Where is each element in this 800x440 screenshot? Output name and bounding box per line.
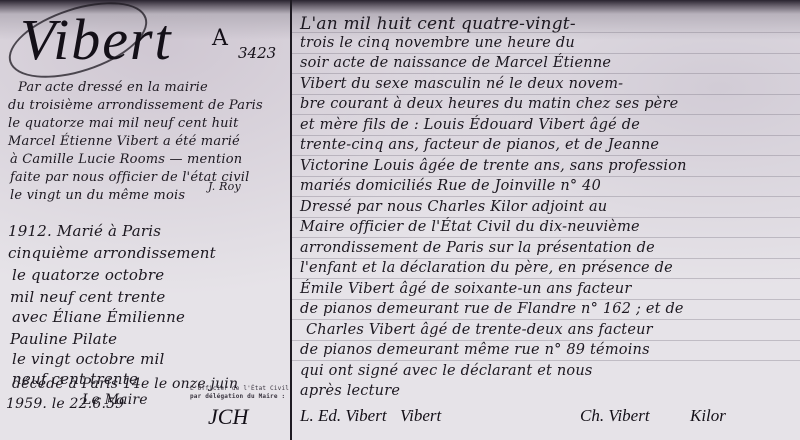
body-line: et mère fils de : Louis Édouard Vibert â… xyxy=(300,117,640,133)
margin-divider xyxy=(290,0,292,440)
ruled-line xyxy=(292,53,800,54)
ruled-line xyxy=(292,155,800,156)
marriage-note-2-line: cinquième arrondissement xyxy=(8,244,216,262)
body-line: l'enfant et la déclaration du père, en p… xyxy=(300,260,673,276)
body-line: Dressé par nous Charles Kilor adjoint au xyxy=(300,199,607,215)
body-line: de pianos demeurant rue de Flandre n° 16… xyxy=(300,301,684,317)
ruled-line xyxy=(292,73,800,74)
signature: L. Ed. Vibert xyxy=(300,406,387,426)
ruled-line xyxy=(292,340,800,341)
ruled-line xyxy=(292,299,800,300)
body-line: après lecture xyxy=(300,383,400,399)
body-line: bre courant à deux heures du matin chez … xyxy=(300,96,678,112)
register-page: Vibert A 3423 Par acte dressé en la mair… xyxy=(0,0,800,440)
body-line: Maire officier de l'État Civil du dix-ne… xyxy=(300,219,640,235)
body-line: Charles Vibert âgé de trente-deux ans fa… xyxy=(306,322,653,338)
ruled-line xyxy=(292,217,800,218)
stamp-line-1: L'Officier de l'État Civil xyxy=(190,385,289,392)
ruled-line xyxy=(292,196,800,197)
ruled-line xyxy=(292,114,800,115)
surname-heading: Vibert xyxy=(20,6,173,73)
ruled-line xyxy=(292,176,800,177)
marriage-note-2-line: le quatorze octobre xyxy=(12,266,164,284)
body-line: L'an mil huit cent quatre-vingt- xyxy=(300,14,576,34)
body-line: trente-cinq ans, facteur de pianos, et d… xyxy=(300,137,659,153)
stamp-line-2: par délégation du Maire : xyxy=(190,393,285,400)
body-line: Émile Vibert âgé de soixante-un ans fact… xyxy=(300,281,631,297)
ruled-line xyxy=(292,278,800,279)
body-line: Victorine Louis âgée de trente ans, sans… xyxy=(300,158,687,174)
marriage-note-1-line: du troisième arrondissement de Paris xyxy=(8,98,263,113)
body-line: soir acte de naissance de Marcel Étienne xyxy=(300,55,611,71)
ruled-line xyxy=(292,360,800,361)
marriage-note-2-line: 1912. Marié à Paris xyxy=(8,222,161,240)
marriage-note-2-line: Pauline Pilate xyxy=(10,330,117,348)
ruled-line xyxy=(292,94,800,95)
body-line: Vibert du sexe masculin né le deux novem… xyxy=(300,76,623,92)
marriage-note-1-line: Marcel Étienne Vibert a été marié xyxy=(8,134,240,149)
marriage-note-1-initials: J. Roy xyxy=(208,180,241,193)
body-line: mariés domiciliés Rue de Joinville n° 40 xyxy=(300,178,601,194)
marriage-note-1-line: Par acte dressé en la mairie xyxy=(18,80,208,95)
ruled-line xyxy=(292,237,800,238)
stamp-signature: JCH xyxy=(208,404,248,430)
marriage-note-1-line: le quatorze mai mil neuf cent huit xyxy=(8,116,239,131)
death-note-line: 1959. le 22.6.59 xyxy=(6,396,124,412)
marriage-note-2-line: le vingt octobre mil xyxy=(12,350,165,368)
signature: Vibert xyxy=(400,406,441,426)
ruled-line xyxy=(292,258,800,259)
marriage-note-2-line: avec Éliane Émilienne xyxy=(12,308,185,326)
body-line: trois le cinq novembre une heure du xyxy=(300,35,575,51)
marriage-note-1-line: à Camille Lucie Rooms — mention xyxy=(10,152,242,167)
ruled-line xyxy=(292,319,800,320)
body-line: arrondissement de Paris sur la présentat… xyxy=(300,240,655,256)
ruled-line xyxy=(292,135,800,136)
marriage-note-1-line: le vingt un du même mois xyxy=(10,188,185,203)
signature: Ch. Vibert xyxy=(580,406,650,426)
register-letter: A xyxy=(212,26,228,51)
body-line: qui ont signé avec le déclarant et nous xyxy=(300,363,593,379)
marriage-note-2-line: mil neuf cent trente xyxy=(10,288,165,306)
register-number: 3423 xyxy=(238,44,276,62)
body-line: de pianos demeurant même rue n° 89 témoi… xyxy=(300,342,650,358)
signature: Kilor xyxy=(690,406,726,426)
